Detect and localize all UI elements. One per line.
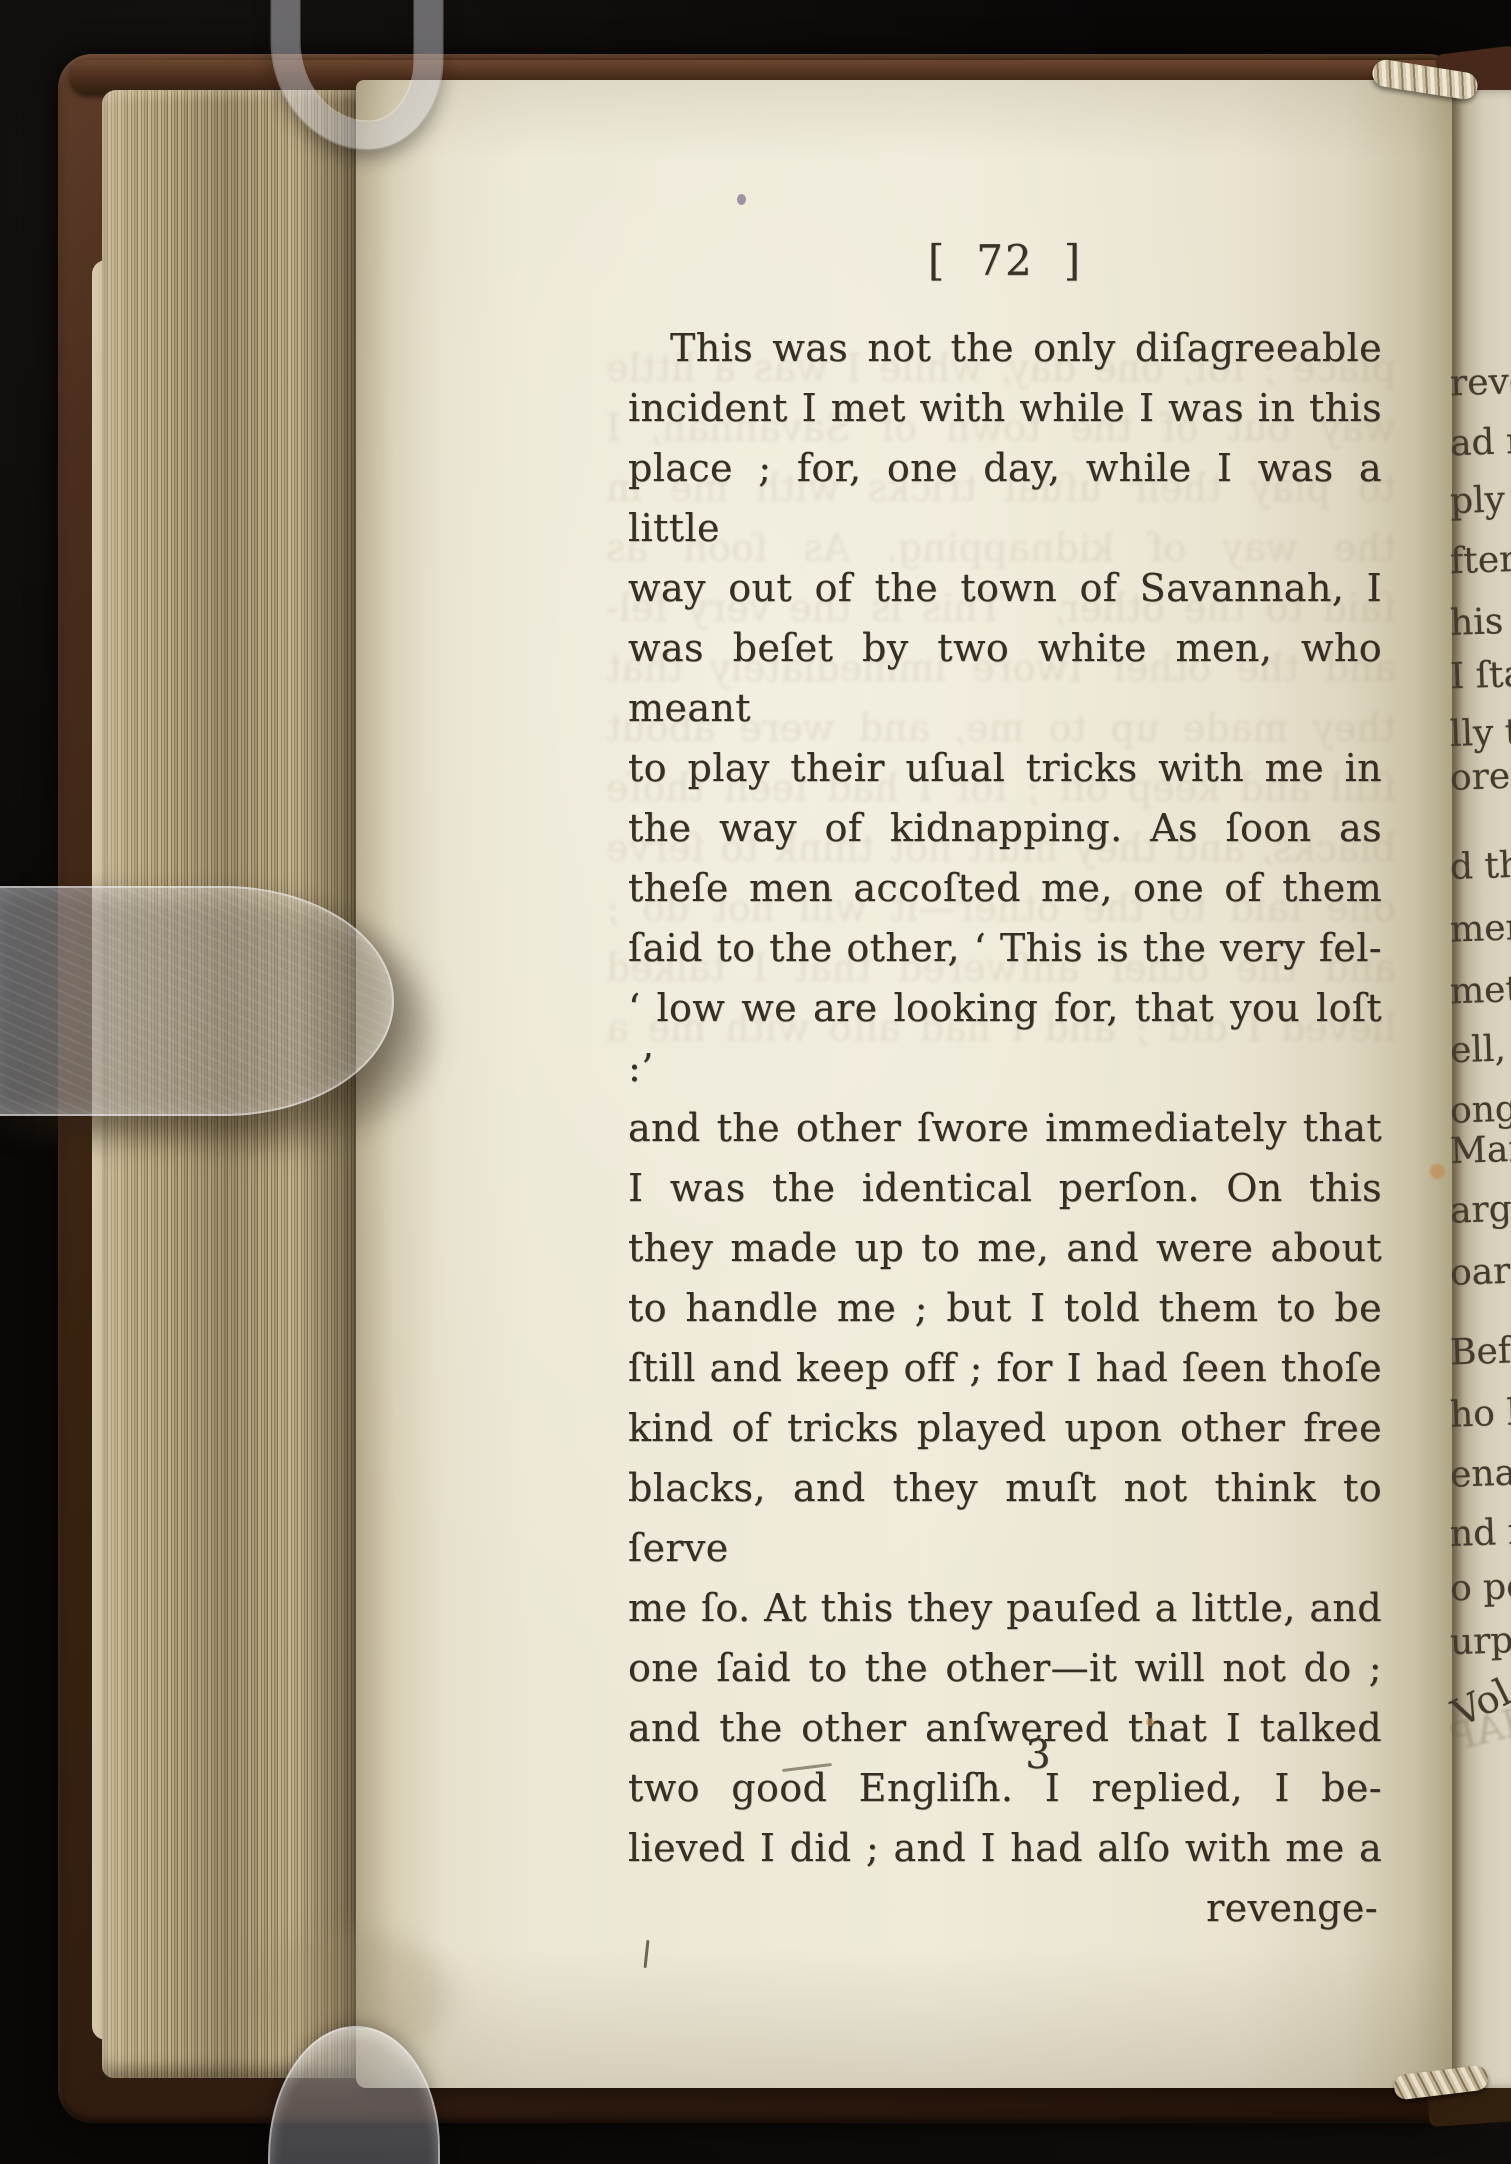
foxing-spot: [1430, 1164, 1445, 1179]
facing-fragment: fter we ha: [1449, 535, 1511, 582]
facing-fragment: argo of r: [1449, 1185, 1511, 1232]
body-line: ſaid to the other, ‘ This is the very fe…: [628, 918, 1382, 978]
facing-fragment: Before I: [1449, 1327, 1511, 1373]
ink-speck: [737, 194, 746, 205]
body-line: was beſet by two white men, who meant: [628, 618, 1382, 738]
facing-fragment: ho had a: [1449, 1389, 1511, 1435]
facing-fragment: d then: [1449, 843, 1511, 888]
body-line: me ſo. At this they pauſed a little, and: [628, 1578, 1382, 1638]
body-line: theſe men accoſted me, one of them: [628, 858, 1382, 918]
facing-fragment: his mann: [1449, 597, 1511, 644]
body-line: lieved I did ; and I had alſo with me a: [628, 1818, 1382, 1878]
body-line: and the other ſwore immediately that: [628, 1098, 1382, 1158]
body-line: ſtill and keep off ; for I had ſeen thoſ…: [628, 1338, 1382, 1398]
facing-fragment: ad my min: [1449, 417, 1511, 465]
facing-fragment: urpoſe.: [1449, 1618, 1511, 1664]
body-line: ‘ low we are looking for, that you loſt …: [628, 978, 1382, 1098]
facing-fragment: oard of h: [1449, 1247, 1511, 1294]
facing-fragment: met wit: [1449, 967, 1511, 1013]
body-line: I was the identical perſon. On this: [628, 1158, 1382, 1218]
book-photograph: place ; for, one day, while I was a litt…: [0, 0, 1511, 2164]
signature-mark: 3: [628, 1732, 1382, 1778]
body-line: to play their uſual tricks with me in: [628, 738, 1382, 798]
facing-fragment: ply howev: [1449, 475, 1511, 522]
facing-fragment: lly tryi: [1449, 710, 1511, 755]
facing-fragment: enacious: [1449, 1449, 1511, 1496]
body-line: one ſaid to the other—it will not do ;: [628, 1638, 1382, 1698]
plastic-strap-left: [0, 886, 394, 1116]
body-line: incident I met with while I was in this: [628, 378, 1382, 438]
header-bracket-right: ]: [1064, 236, 1082, 285]
facing-fragment: ell, Cap: [1449, 1026, 1511, 1072]
facing-fragment: onged to: [1449, 1085, 1511, 1132]
facing-fragment: revengeful: [1449, 357, 1511, 405]
header-bracket-left: [: [928, 236, 946, 285]
body-text: This was not the only diſagreeable incid…: [628, 318, 1382, 1938]
page-number: 72: [976, 236, 1033, 285]
facing-fragment: Martinico: [1449, 1125, 1511, 1172]
foxing-spot: [1146, 1718, 1154, 1726]
facing-fragment: merican: [1449, 904, 1511, 950]
body-line: to handle me ; but I told them to be: [628, 1278, 1382, 1338]
facing-fragment: ore to: [1449, 754, 1511, 799]
body-line: way out of the town of Savannah, I: [628, 558, 1382, 618]
body-line: kind of tricks played upon other free: [628, 1398, 1382, 1458]
body-line: place ; for, one day, while I was a litt…: [628, 438, 1382, 558]
body-line: they made up to me, and were about: [628, 1218, 1382, 1278]
facing-fragment: I ſtayed: [1449, 652, 1511, 698]
body-line: blacks, and they muſt not think to ſerve: [628, 1458, 1382, 1578]
catchword: revenge-: [628, 1878, 1382, 1938]
facing-fragment: o perfor: [1449, 1563, 1511, 1609]
body-line: the way of kidnapping. As ſoon as: [628, 798, 1382, 858]
facing-fragment: nd not: [1449, 1510, 1511, 1555]
body-line: This was not the only diſagreeable: [628, 318, 1382, 378]
page-number-header: [72]: [628, 236, 1382, 285]
